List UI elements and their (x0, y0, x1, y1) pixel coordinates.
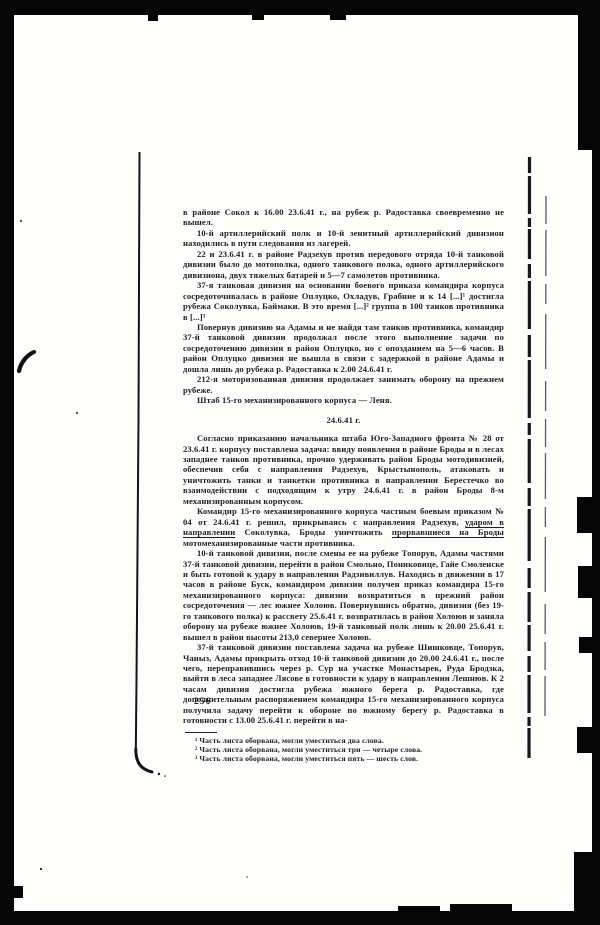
page-number: 256 (194, 697, 211, 707)
paragraph: 37-я танковая дивизия на основании боево… (183, 280, 504, 322)
paragraph: 10-й артиллерийский полк и 10-й зенитный… (183, 228, 504, 249)
footnote-block: ¹ Часть листа оборвана, могли уместиться… (183, 732, 504, 764)
scan-border-bottom (0, 911, 600, 925)
paragraph: в районе Сокол к 16.00 23.6.41 г., на ру… (183, 207, 504, 228)
underlined-text: прорвавшиеся на Броды (392, 527, 504, 537)
paragraph: 37-й танковой дивизии поставлена задача … (183, 642, 504, 726)
text-segment: Командир 15-го механизированного корпуса… (183, 506, 504, 526)
scan-border-bottom-bump (450, 904, 512, 913)
footnote: ³ Часть листа оборвана, могли уместиться… (183, 754, 504, 763)
scan-border-top-bump (330, 14, 346, 20)
paragraph: Согласно приказанию начальника штаба Юго… (183, 433, 504, 506)
text-segment: 37-я танковая дивизия на основании боево… (183, 280, 504, 321)
text-segment: Повернув дивизию на Адамы и не найдя там… (183, 322, 504, 374)
spine-crease-hook (136, 749, 152, 772)
date-heading: 24.6.41 г. (183, 415, 504, 425)
scan-border-right-blob (578, 0, 600, 150)
scan-border-right-blob (577, 727, 600, 753)
paragraphs-container: в районе Сокол к 16.00 23.6.41 г., на ру… (183, 207, 504, 726)
text-segment: 10-й танковой дивизии, после смены ее на… (183, 548, 504, 642)
paragraph: 10-й танковой дивизии, после смены ее на… (183, 548, 504, 642)
fold-streak-light (545, 196, 546, 716)
text-segment: мотомеханизированные части противника. (183, 538, 355, 548)
scan-border-right-blob (579, 637, 600, 653)
footnote: ¹ Часть листа оборвана, могли уместиться… (183, 736, 504, 745)
text-segment: в районе Сокол к 16.00 23.6.41 г., на ру… (183, 207, 504, 227)
text-segment: 10-й артиллерийский полк и 10-й зенитный… (183, 228, 504, 248)
ink-flick (19, 352, 34, 371)
scan-border-left-bump (13, 886, 23, 898)
spine-crease-line (136, 152, 140, 752)
scan-border-top (0, 0, 600, 15)
text-segment: 37-й танковой дивизии поставлена задача … (183, 642, 504, 725)
text-segment: 212-я моторизованная дивизия продолжает … (183, 374, 504, 394)
paragraph: Командир 15-го механизированного корпуса… (183, 506, 504, 548)
paragraph: 212-я моторизованная дивизия продолжает … (183, 374, 504, 395)
paragraph: Повернув дивизию на Адамы и не найдя там… (183, 322, 504, 374)
text-segment: Соколувка, Броды уничтожить (235, 527, 392, 537)
scanned-document-page: { "colors": { "paper": "#fdfdfb", "ink":… (0, 0, 600, 925)
text-segment: 22 и 23.6.41 г. в районе Радзехув против… (183, 249, 504, 280)
paragraph: 22 и 23.6.41 г. в районе Радзехув против… (183, 249, 504, 280)
text-segment: Согласно приказанию начальника штаба Юго… (183, 433, 504, 506)
scan-border-top-bump (252, 15, 264, 20)
scan-border-right-blob (578, 566, 600, 598)
fold-streak-dark (529, 157, 530, 760)
scan-border-left (0, 0, 14, 925)
footnotes-container: ¹ Часть листа оборвана, могли уместиться… (183, 736, 504, 764)
body-text: в районе Сокол к 16.00 23.6.41 г., на ру… (183, 207, 504, 764)
paragraph: Штаб 15-го механизированного корпуса — Л… (183, 395, 504, 405)
footnote-rule (185, 732, 217, 733)
footnote: ² Часть листа оборвана, могли уместиться… (183, 745, 504, 754)
scan-border-right-blob (577, 497, 600, 533)
text-segment: Штаб 15-го механизированного корпуса — Л… (197, 395, 392, 405)
scan-border-top-bump (148, 15, 158, 21)
text-segment: 24.6.41 г. (326, 415, 360, 425)
scan-border-bottom-bump (398, 906, 440, 913)
